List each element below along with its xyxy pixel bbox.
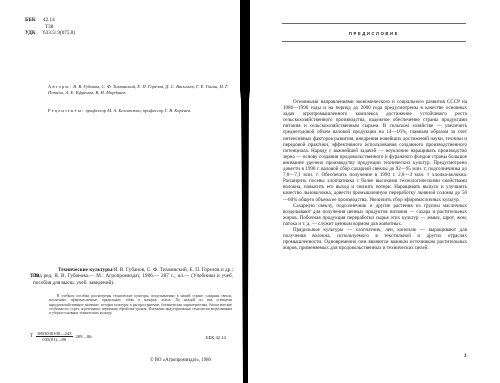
authors-label: Авторы: (48, 84, 72, 89)
classification-block: ББК42.14 Т38 УДК633.5/.9(075.8) (25, 17, 75, 37)
udk-label: УДК (25, 30, 43, 37)
paragraph: Прядильные культуры — хлопчатник, лен, к… (283, 227, 467, 251)
header-rule-top (282, 23, 466, 24)
catalog-code: Т38 (30, 273, 39, 279)
catalog-annotation: В учебном пособии рассмотрены технически… (49, 294, 232, 315)
reviewers-names: профессор М. А. Белоножко, профессор Г. … (85, 108, 191, 113)
publisher-index: Т 3803030100—243 035(01)—86 209—86 (30, 331, 92, 342)
udk-value: 633.5/.9(075.8) (43, 30, 75, 36)
page-title: ПРЕДИСЛОВИЕ (282, 31, 466, 36)
left-page: ББК42.14 Т38 УДК633.5/.9(075.8) Авторы: … (0, 0, 240, 383)
page-number: 3 (464, 354, 467, 359)
bbk-footer: ББК 42.14 (206, 335, 226, 340)
preface-body: Основными направлениями экономического и… (283, 99, 467, 251)
reviewers-block: Рецензенты: профессор М. А. Белоножко, п… (48, 108, 233, 114)
bbk-value: 42.14 (43, 17, 55, 23)
fraction-denominator: 035(01)—86 (42, 337, 66, 342)
annotation-text: В учебном пособии рассмотрены технически… (49, 294, 232, 315)
catalog-entry: Технические культуры/Я. В. Губанов, С. Ф… (33, 267, 233, 286)
index-suffix: 209—86 (76, 334, 92, 339)
index-fraction: 3803030100—243 035(01)—86 (36, 331, 72, 342)
right-page: ПРЕДИСЛОВИЕ Основными направлениями экон… (250, 0, 500, 383)
authors-names: Я. В. Губанов, С. Ф. Тихвинский, Е. П. Г… (48, 84, 229, 95)
reviewers-label: Рецензенты: (48, 108, 84, 113)
paragraph: Основными направлениями экономического и… (283, 99, 467, 203)
copyright-notice: © ВО «Агропромиздат», 1986 (150, 358, 211, 363)
index-prefix: Т (30, 334, 33, 339)
header-rule-bottom (282, 41, 466, 42)
catalog-card: Т38 Технические культуры/Я. В. Губанов, … (33, 267, 233, 286)
bbk-label: ББК (25, 17, 43, 24)
authors-block: Авторы: Я. В. Губанов, С. Ф. Тихвинский,… (48, 84, 233, 95)
paragraph: Сахарную свеклу, подсолнечник и другие р… (283, 203, 467, 227)
author-mark: Т38 (45, 24, 53, 30)
